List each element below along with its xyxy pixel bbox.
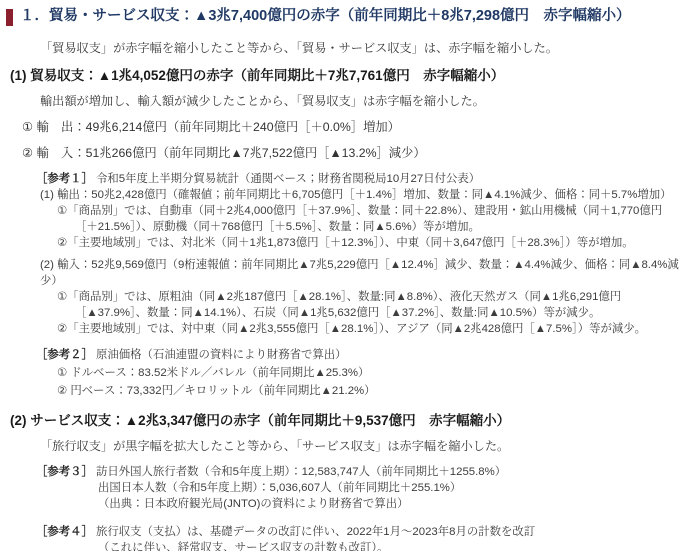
ref4-line1-text: 旅行収支（支払）は、基礎データの改訂に伴い、2022年1月～2023年8月の計数…: [96, 526, 535, 538]
reference-1: ［参考１］令和5年度上半期分貿易統計（通関ベース；財務省関税局10月27日付公表…: [36, 171, 683, 337]
page-title: １．貿易・サービス収支：▲3兆7,400億円の赤字（前年同期比＋8兆7,298億…: [20, 8, 631, 25]
reference-3-line1: ［参考３］訪日外国人旅行者数（令和5年度上期）：12,583,747人（前年同期…: [36, 464, 683, 480]
reference-2: ［参考２］原油価格（石油連盟の資料により財務省で算出） ① ドルベース：83.5…: [36, 347, 683, 399]
page-title-row: １．貿易・サービス収支：▲3兆7,400億円の赤字（前年同期比＋8兆7,298億…: [6, 8, 683, 26]
trade-balance-heading: (1) 貿易収支：▲1兆4,052億円の赤字（前年同期比＋7兆7,761億円 赤…: [10, 67, 683, 85]
services-balance-summary: 「旅行収支」が黒字幅を拡大したこと等から、「サービス収支」は赤字幅を縮小した。: [40, 438, 683, 454]
ref3-source: （出典：日本政府観光局(JNTO)の資料により財務省で算出）: [98, 496, 683, 512]
reference-2-title-line: ［参考２］原油価格（石油連盟の資料により財務省で算出）: [36, 347, 683, 363]
import-total-line: ② 輸 入：51兆266億円（前年同期比▲7兆7,522億円［▲13.2%］減少…: [22, 145, 683, 161]
ref1-import-detail: (2) 輸入：52兆9,569億円（9桁速報値：前年同期比▲7兆5,229億円［…: [40, 257, 683, 289]
title-accent-bar: [6, 9, 13, 26]
reference-4: ［参考４］旅行収支（支払）は、基礎データの改訂に伴い、2022年1月～2023年…: [36, 524, 683, 551]
ref4-line2: （これに伴い、経常収支、サービス収支の計数も改訂）。: [98, 540, 683, 551]
reference-1-title-text: 令和5年度上半期分貿易統計（通関ベース；財務省関税局10月27日付公表）: [96, 173, 480, 185]
export-total-line: ① 輸 出：49兆6,214億円（前年同期比＋240億円［＋0.0%］増加）: [22, 119, 683, 135]
ref1-export-detail: (1) 輸出：50兆2,428億円（確報値；前年同期比＋6,705億円［＋1.4…: [40, 187, 683, 203]
reference-2-label: ［参考２］: [36, 349, 93, 361]
report-page: １．貿易・サービス収支：▲3兆7,400億円の赤字（前年同期比＋8兆7,298億…: [0, 0, 687, 551]
ref3-inbound-text: 訪日外国人旅行者数（令和5年度上期）：12,583,747人（前年同期比＋125…: [96, 466, 506, 478]
reference-1-label: ［参考１］: [36, 173, 93, 185]
ref2-dollar-line: ① ドルベース：83.52米ドル／バレル（前年同期比▲25.3%）: [57, 365, 683, 381]
ref1-import-by-product: ①「商品別」では、原粗油（同▲2兆187億円［▲28.1%］、数量:同▲8.8%…: [36, 289, 683, 321]
reference-1-title-line: ［参考１］令和5年度上半期分貿易統計（通関ベース；財務省関税局10月27日付公表…: [36, 171, 683, 187]
overview-summary: 「貿易収支」が赤字幅を縮小したこと等から、「貿易・サービス収支」は、赤字幅を縮小…: [40, 40, 683, 56]
services-balance-section: (2) サービス収支：▲2兆3,347億円の赤字（前年同期比＋9,537億円 赤…: [6, 412, 683, 551]
trade-balance-summary: 輸出額が増加し、輸入額が減少したことから、「貿易収支」は赤字幅を縮小した。: [40, 93, 683, 109]
reference-4-line1: ［参考４］旅行収支（支払）は、基礎データの改訂に伴い、2022年1月～2023年…: [36, 524, 683, 540]
services-balance-heading: (2) サービス収支：▲2兆3,347億円の赤字（前年同期比＋9,537億円 赤…: [10, 412, 683, 430]
ref1-export-by-region: ②「主要地域別」では、対北米（同＋1兆1,873億円［＋12.3%］）、中東（同…: [36, 235, 683, 251]
trade-balance-section: (1) 貿易収支：▲1兆4,052億円の赤字（前年同期比＋7兆7,761億円 赤…: [6, 67, 683, 399]
reference-3: ［参考３］訪日外国人旅行者数（令和5年度上期）：12,583,747人（前年同期…: [36, 464, 683, 512]
reference-2-title-text: 原油価格（石油連盟の資料により財務省で算出）: [96, 349, 347, 361]
ref2-yen-line: ② 円ベース：73,332円／キロリットル（前年同期比▲21.2%）: [57, 383, 683, 399]
reference-3-label: ［参考３］: [36, 466, 93, 478]
ref3-outbound: 出国日本人数（令和5年度上期）：5,036,607人（前年同期比＋255.1%）: [98, 480, 683, 496]
reference-4-label: ［参考４］: [36, 526, 93, 538]
ref1-export-by-product: ①「商品別」では、自動車（同＋2兆4,000億円［＋37.9%］、数量：同＋22…: [36, 203, 683, 235]
ref1-import-by-region: ②「主要地域別」では、対中東（同▲2兆3,555億円［▲28.1%］）、アジア（…: [36, 321, 683, 337]
